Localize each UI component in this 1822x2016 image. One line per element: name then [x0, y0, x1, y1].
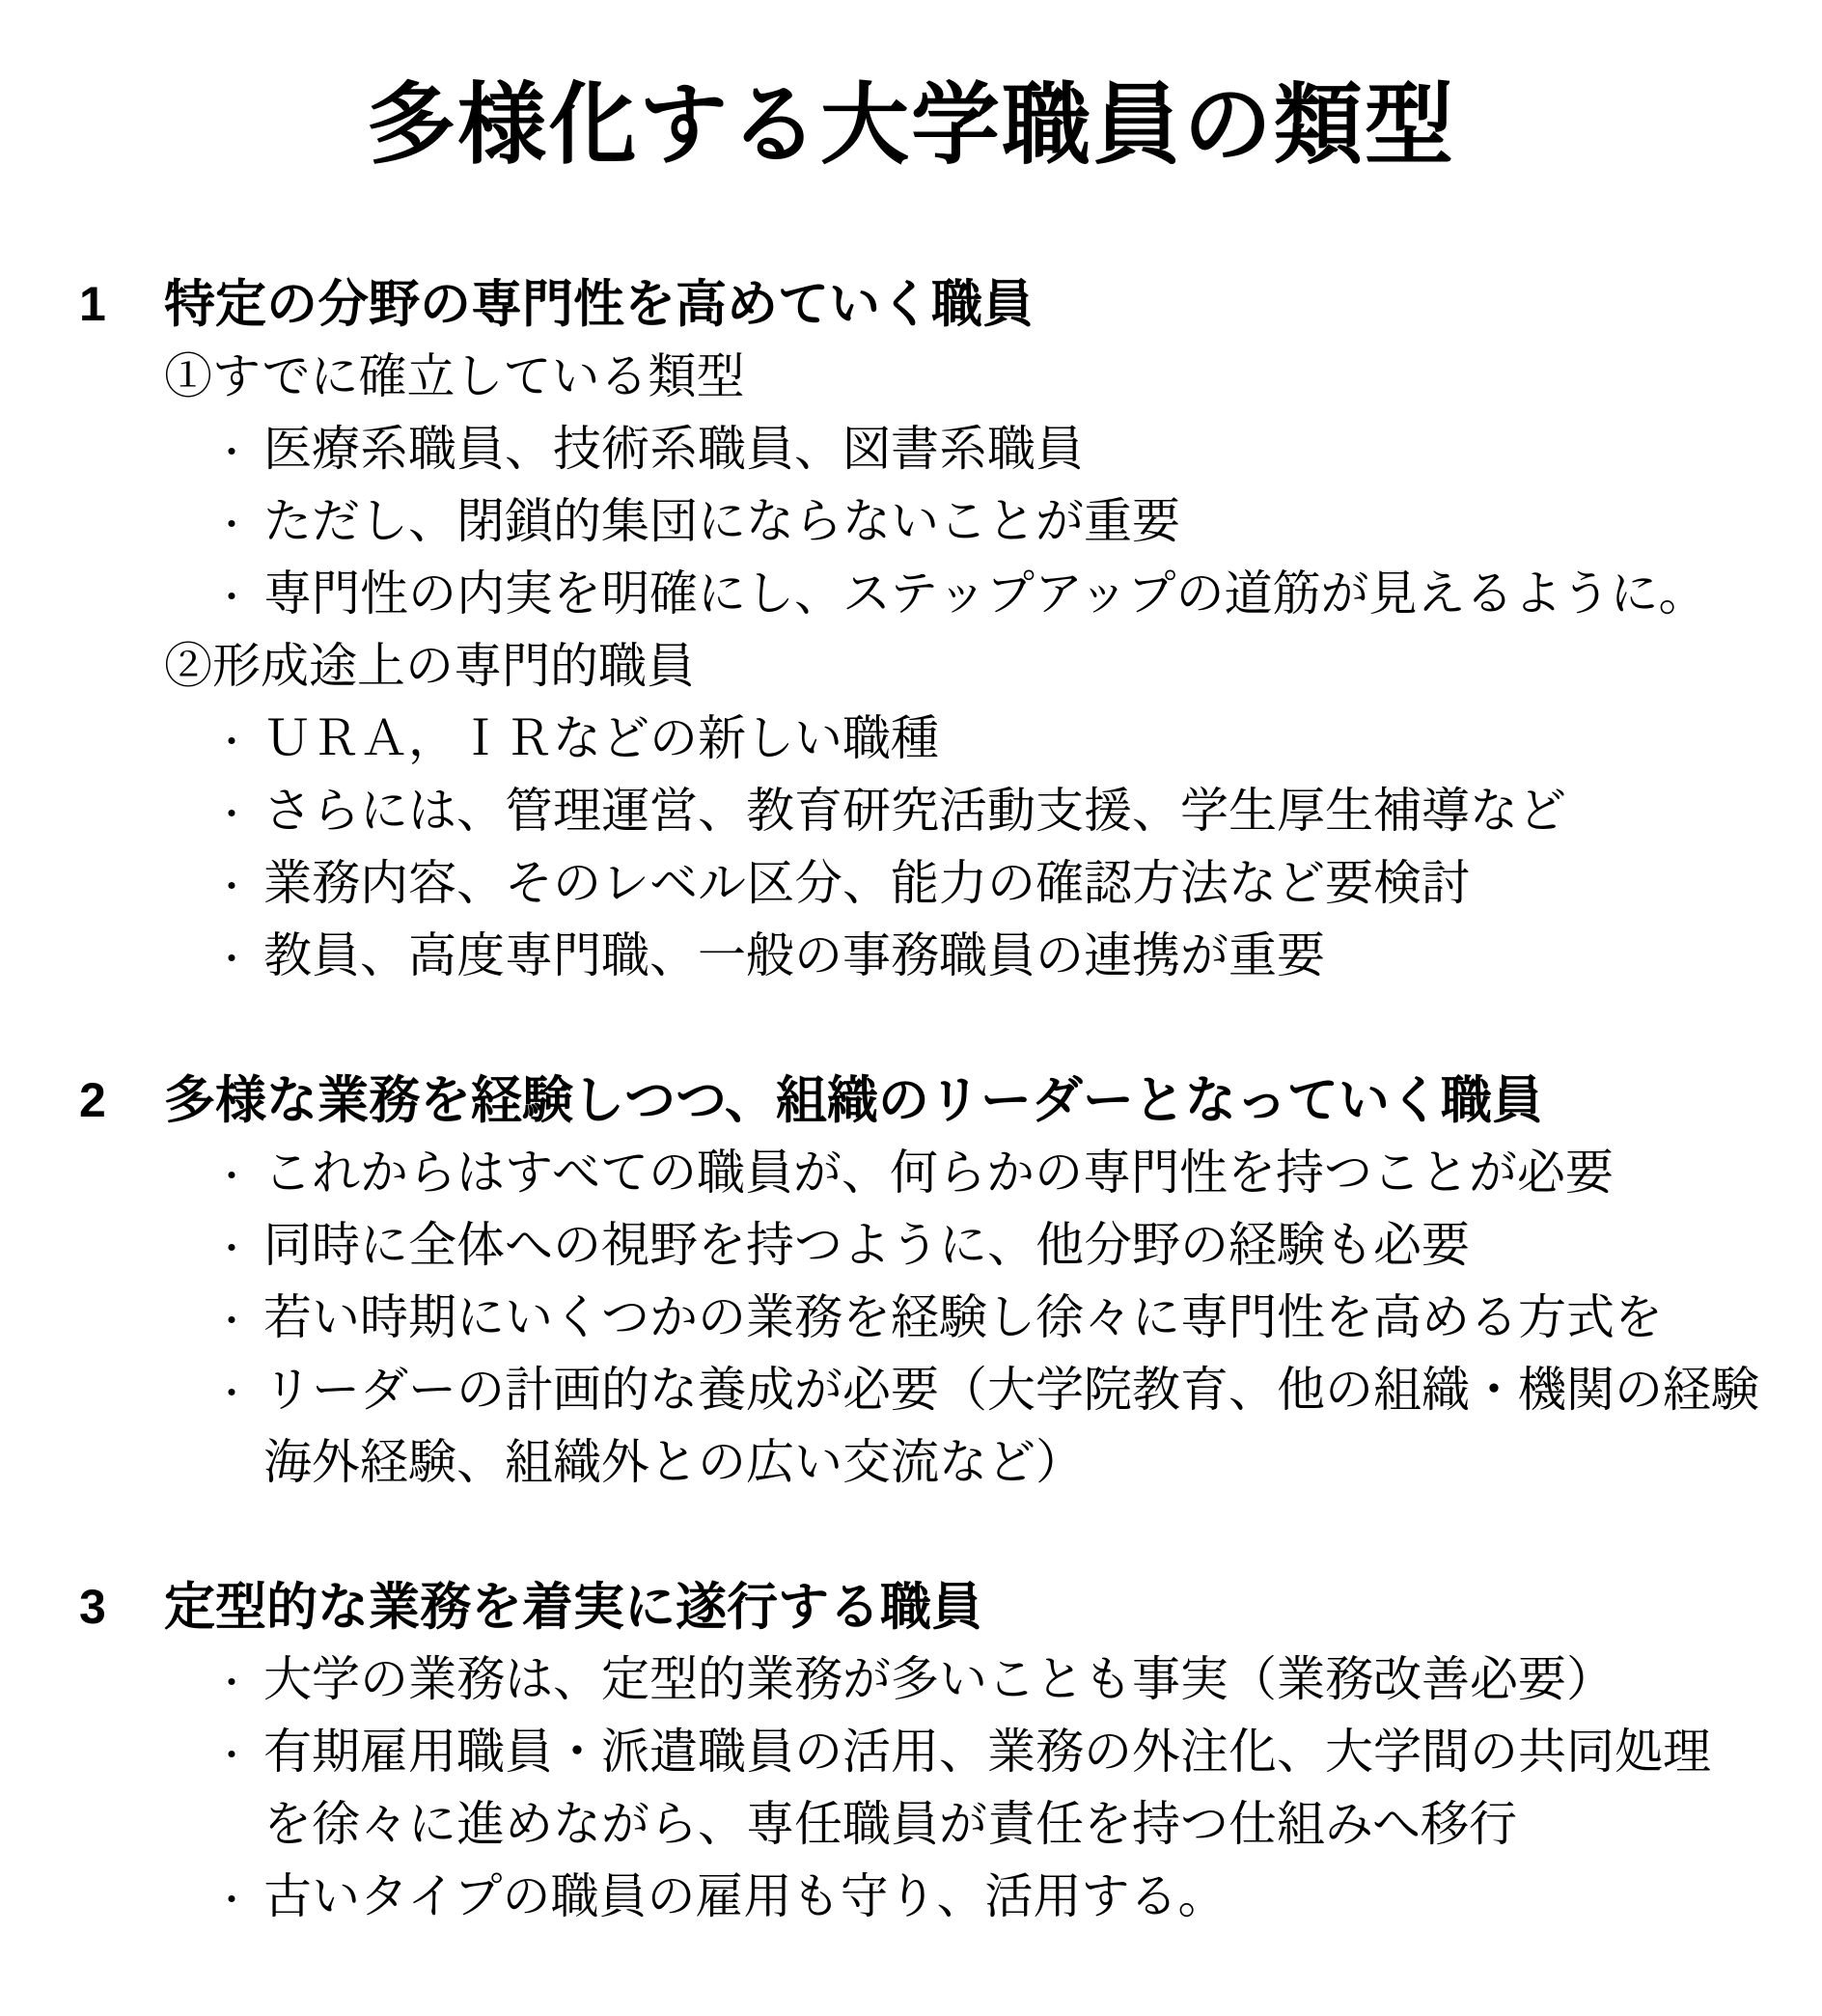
section-number: 1 [79, 268, 164, 341]
line-text: ②形成途上の専門的職員 [164, 639, 695, 693]
line-text: を徐々に進めながら、専任職員が責任を持つ仕組みへ移行 [263, 1797, 1517, 1851]
list-item: ②形成途上の専門的職員 [0, 630, 1822, 703]
line-text: 若い時期にいくつかの業務を経験し徐々に専門性を高める方式を [263, 1290, 1663, 1344]
line-text: ＵＲＡ，ＩＲなどの新しい職種 [263, 711, 939, 765]
list-item: ・リーダーの計画的な養成が必要（大学院教育、他の組織・機関の経験 [0, 1354, 1822, 1426]
list-item: ・古いタイプの職員の雇用も守り、活用する。 [0, 1861, 1822, 1933]
line-text: 医療系職員、技術系職員、図書系職員 [263, 422, 1084, 476]
bullet-marker: ・ [213, 1648, 263, 1721]
list-item: ・若い時期にいくつかの業務を経験し徐々に専門性を高める方式を [0, 1282, 1822, 1354]
bullet-marker: ・ [213, 563, 263, 635]
line-text: 業務内容、そのレベル区分、能力の確認方法など要検討 [263, 856, 1470, 910]
line-text: ①すでに確立している類型 [164, 349, 745, 403]
list-item: ・さらには、管理運営、教育研究活動支援、学生厚生補導など [0, 775, 1822, 847]
bullet-marker: ・ [213, 1721, 263, 1793]
bullet-marker: ・ [213, 1865, 263, 1938]
bullet-marker: ・ [213, 1359, 263, 1431]
section-heading-text: 多様な業務を経験しつつ、組織のリーダーとなっていく職員 [164, 1072, 1543, 1129]
line-text: 海外経験、組織外との広い交流など） [263, 1435, 1084, 1489]
list-item: ・有期雇用職員・派遣職員の活用、業務の外注化、大学間の共同処理 [0, 1716, 1822, 1788]
bullet-marker: ・ [213, 418, 263, 490]
list-item: ・これからはすべての職員が、何らかの専門性を持つことが必要 [0, 1137, 1822, 1209]
list-item: ・医療系職員、技術系職員、図書系職員 [0, 413, 1822, 485]
list-item: ・ただし、閉鎖的集団にならないことが重要 [0, 485, 1822, 558]
list-item: ①すでに確立している類型 [0, 341, 1822, 413]
section-1: 1特定の分野の専門性を高めていく職員 ①すでに確立している類型 ・医療系職員、技… [0, 268, 1822, 992]
bullet-marker: ・ [213, 707, 263, 780]
section-1-heading: 1特定の分野の専門性を高めていく職員 [0, 268, 1822, 341]
line-text: 専門性の内実を明確にし、ステップアップの道筋が見えるように。 [263, 566, 1707, 621]
bullet-marker: ・ [213, 852, 263, 925]
line-text: これからはすべての職員が、何らかの専門性を持つことが必要 [263, 1146, 1614, 1200]
line-text: 大学の業務は、定型的業務が多いことも事実（業務改善必要） [263, 1652, 1615, 1706]
line-text: 有期雇用職員・派遣職員の活用、業務の外注化、大学間の共同処理 [263, 1725, 1711, 1779]
section-number: 3 [79, 1571, 164, 1643]
line-text: ただし、閉鎖的集団にならないことが重要 [263, 494, 1180, 548]
section-3-heading: 3定型的な業務を着実に遂行する職員 [0, 1571, 1822, 1643]
slide-page: 多様化する大学職員の類型 1特定の分野の専門性を高めていく職員 ①すでに確立して… [0, 0, 1822, 2016]
section-number: 2 [79, 1064, 164, 1137]
line-text: 古いタイプの職員の雇用も守り、活用する。 [263, 1869, 1227, 1923]
list-item: ・ＵＲＡ，ＩＲなどの新しい職種 [0, 703, 1822, 775]
section-2-heading: 2多様な業務を経験しつつ、組織のリーダーとなっていく職員 [0, 1064, 1822, 1137]
list-item: ・教員、高度専門職、一般の事務職員の連携が重要 [0, 920, 1822, 992]
section-heading-text: 特定の分野の専門性を高めていく職員 [164, 276, 1034, 333]
bullet-marker: ・ [213, 1142, 263, 1214]
line-text: 教員、高度専門職、一般の事務職員の連携が重要 [263, 928, 1325, 982]
list-item: ・業務内容、そのレベル区分、能力の確認方法など要検討 [0, 847, 1822, 920]
list-item-continuation: 海外経験、組織外との広い交流など） [0, 1426, 1822, 1499]
section-3: 3定型的な業務を着実に遂行する職員 ・大学の業務は、定型的業務が多いことも事実（… [0, 1571, 1822, 1933]
list-item: ・大学の業務は、定型的業務が多いことも事実（業務改善必要） [0, 1643, 1822, 1716]
list-item: ・専門性の内実を明確にし、ステップアップの道筋が見えるように。 [0, 558, 1822, 630]
list-item-continuation: を徐々に進めながら、専任職員が責任を持つ仕組みへ移行 [0, 1788, 1822, 1861]
section-heading-text: 定型的な業務を着実に遂行する職員 [164, 1579, 982, 1636]
list-item: ・同時に全体への視野を持つように、他分野の経験も必要 [0, 1209, 1822, 1282]
bullet-marker: ・ [213, 780, 263, 852]
bullet-marker: ・ [213, 925, 263, 997]
bullet-marker: ・ [213, 490, 263, 563]
line-text: リーダーの計画的な養成が必要（大学院教育、他の組織・機関の経験 [263, 1363, 1759, 1417]
line-text: さらには、管理運営、教育研究活動支援、学生厚生補導など [263, 784, 1566, 838]
bullet-marker: ・ [213, 1214, 263, 1286]
page-title: 多様化する大学職員の類型 [0, 0, 1822, 183]
section-2: 2多様な業務を経験しつつ、組織のリーダーとなっていく職員 ・これからはすべての職… [0, 1064, 1822, 1499]
line-text: 同時に全体への視野を持つように、他分野の経験も必要 [263, 1218, 1470, 1272]
bullet-marker: ・ [213, 1286, 263, 1359]
